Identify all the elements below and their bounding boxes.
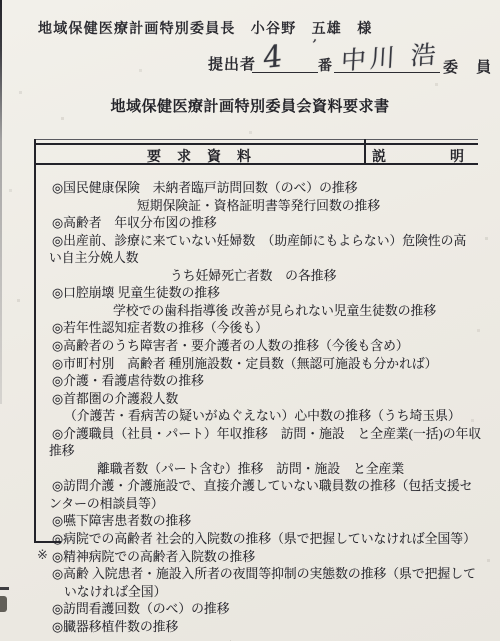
request-item-line: ◎訪問介護・介護施設で、直接介護していない職員数の推移（包括支援セ [52,475,472,494]
request-item-line: ◎介護職員（社員・パート）年収推移 訪問・施設 と全産業(一括)の年収 [52,423,481,442]
request-item-line: ◎首都圏の介護殺人数 [52,388,178,407]
request-item-line: 離職者数（パート含む）推移 訪問・施設 と全産業 [97,458,404,477]
request-item-line: ◎介護・看護虐待数の推移 [52,370,204,389]
request-item-line: ◎市町村別 高齢者 種別施設数・定員数（無認可施設も分かれば） [52,353,437,372]
request-item-line: 推移 [49,440,75,459]
request-item-line: ◎高齢 入院患者・施設入所者の夜間等抑制の実態数の推移（県で把握して [52,563,476,582]
scan-edge-blot [0,596,7,612]
request-item-line: ◎高齢者のうち障害者・要介護者の人数の推移（今後も含め） [52,335,409,354]
request-item-line: うち妊婦死亡者数 の各推移 [170,265,336,284]
request-item-line: ◎高齢者 年収分布図の推移 [52,212,217,231]
request-item-line: ◎臓器移植件数の推移 [52,616,178,635]
request-item-line: いなければ全国） [64,581,166,600]
request-item-line: ンターの相談員等） [49,493,164,512]
request-item-line: ◎出産前、診療に来ていない妊婦数 （助産師にもよらない）危険性の高 [52,230,466,249]
request-item-line: い自主分娩人数 [49,247,139,266]
request-item-line: ◎嚥下障害患者数の推移 [52,510,191,529]
scan-edge-mark [0,587,9,590]
request-item-line: ◎精神病院での高齢者入院数の推移 [52,546,255,565]
request-item-line: 短期保険証・資格証明書等発行回数の推移 [137,195,380,214]
request-item-line: ◎訪問看護回数（のべ）の推移 [52,598,230,617]
request-item-line: ◎口腔崩壊 児童生徒数の推移 [52,282,220,301]
request-item-line: （介護苦・看病苦の疑いがぬぐえない）心中数の推移（うち埼玉県） [64,405,461,424]
request-items: ◎国民健康保険 未納者臨戸訪問回数（のべ）の推移短期保険証・資格証明書等発行回数… [0,0,500,641]
request-item-line: ◎病院での高齢者 社会的入院数の推移（県で把握していなければ全国等） [52,528,476,547]
request-item-line: ◎国民健康保険 未納者臨戸訪問回数（のべ）の推移 [52,177,358,196]
margin-asterisk-note: ※ [37,548,48,563]
request-item-line: ◎若年性認知症者数の推移（今後も） [52,317,268,336]
request-item-line: 学校での歯科指導後 改善が見られない児童生徒数の推移 [113,300,436,319]
